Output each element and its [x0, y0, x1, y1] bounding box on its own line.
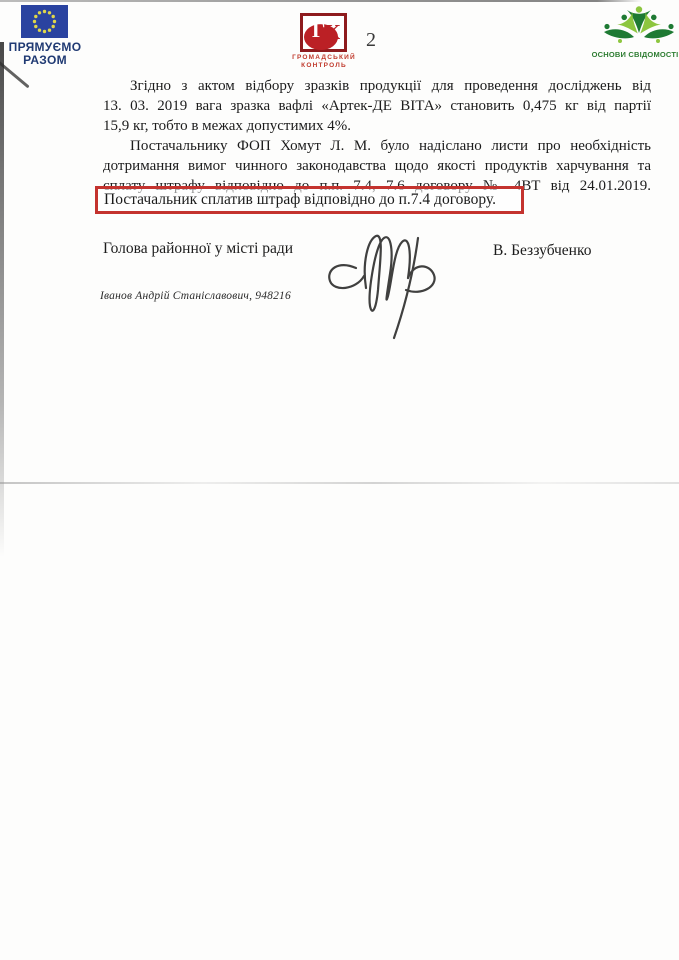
signature-image [318, 218, 448, 351]
os-logo-caption: ОСНОВИ СВІДОМОСТІ [591, 50, 679, 59]
para2-line1: Постачальнику ФОП Хомут Л. М. було надіс… [103, 136, 651, 156]
fold-crease [0, 482, 679, 484]
gk-logo: Г К [300, 13, 347, 52]
document-page: ПРЯМУЄМО РАЗОМ Г К ГРОМАДСЬКИЙ КОНТРОЛЬ … [0, 0, 679, 960]
registrar-footnote: Іванов Андрій Станіславович, 948216 [100, 290, 291, 302]
eu-logo-caption: ПРЯМУЄМО РАЗОМ [6, 41, 84, 67]
para1-line3: 15,9 кг, тобто в межах допустимих 4%. [103, 116, 651, 136]
highlighted-sentence: Постачальник сплатив штраф відповідно до… [98, 191, 496, 209]
para1-line2: 13. 03. 2019 вага зразка вафлі «Артек-ДЕ… [103, 96, 651, 116]
para2-line2: дотримання вимог чинного законодавства щ… [103, 156, 651, 176]
eu-caption-line2: РАЗОМ [6, 54, 84, 67]
scan-edge-top [0, 0, 642, 2]
gk-letter-g: Г [312, 20, 325, 41]
page-number: 2 [366, 29, 376, 52]
gk-logo-caption: ГРОМАДСЬКИЙ КОНТРОЛЬ [288, 54, 360, 69]
signature-title: Голова районної у місті ради [103, 240, 293, 258]
gk-caption-line2: КОНТРОЛЬ [288, 62, 360, 70]
eu-flag-icon [21, 5, 68, 43]
document-body: Згідно з актом відбору зразків продукції… [103, 76, 651, 196]
para1-line1: Згідно з актом відбору зразків продукції… [103, 76, 651, 96]
scan-edge-left [0, 42, 4, 557]
os-logo-icon [600, 5, 678, 54]
highlight-box: Постачальник сплатив штраф відповідно до… [95, 186, 524, 214]
gk-letter-k: К [325, 22, 340, 43]
signatory-name: В. Беззубченко [493, 242, 591, 260]
gk-caption-line1: ГРОМАДСЬКИЙ [288, 54, 360, 62]
